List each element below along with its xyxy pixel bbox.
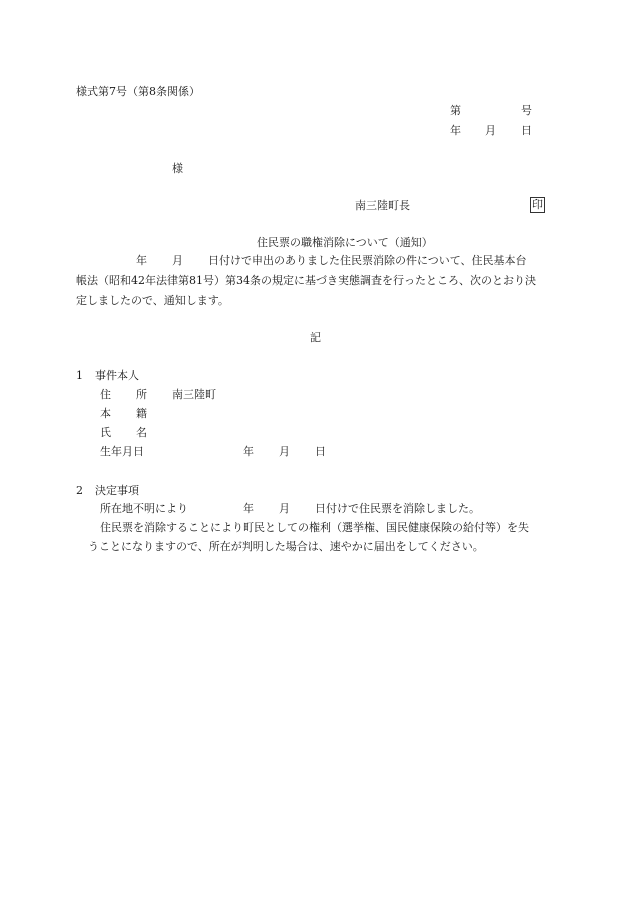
document-title: 住民票の職権消除について（通知） — [257, 237, 433, 248]
address-label-b: 所 — [136, 389, 147, 400]
sender-title: 南三陸町長 — [355, 200, 410, 211]
body-month: 月 — [172, 255, 183, 266]
section2-heading: 決定事項 — [95, 485, 139, 496]
address-label-a: 住 — [100, 389, 111, 400]
birth-year: 年 — [243, 446, 254, 457]
decision-month: 月 — [279, 503, 290, 514]
recipient-honorific: 様 — [172, 163, 183, 174]
decision-prefix: 所在地不明により — [100, 503, 188, 514]
date-year: 年 — [450, 125, 461, 136]
birthdate-label: 生年月日 — [100, 446, 144, 457]
domicile-label-a: 本 — [100, 408, 111, 419]
ki-heading: 記 — [310, 332, 321, 343]
seal-mark: 印 — [530, 197, 545, 213]
address-value: 南三陸町 — [172, 389, 216, 400]
name-label-a: 氏 — [100, 427, 111, 438]
section2-number: 2 — [76, 485, 83, 496]
domicile-label-b: 籍 — [136, 408, 147, 419]
date-month: 月 — [485, 125, 496, 136]
body-line2: 帳法（昭和42年法律第81号）第34条の規定に基づき実態調査を行ったところ、次の… — [76, 275, 536, 286]
birth-day: 日 — [315, 446, 326, 457]
date-day: 日 — [521, 125, 532, 136]
seal-stamp-icon: 印 — [530, 197, 545, 213]
form-label: 様式第7号（第8条関係） — [76, 86, 200, 97]
body-line1: 日付けで申出のありました住民票消除の件について、住民基本台 — [208, 255, 527, 266]
body-year: 年 — [136, 255, 147, 266]
number-suffix: 号 — [521, 105, 532, 116]
section1-number: 1 — [76, 370, 83, 381]
birth-month: 月 — [279, 446, 290, 457]
number-prefix: 第 — [450, 105, 461, 116]
decision-year: 年 — [243, 503, 254, 514]
body-line3: 定しましたので、通知します。 — [76, 295, 229, 306]
decision-line2: 住民票を消除することにより町民としての権利（選挙権、国民健康保険の給付等）を失 — [100, 522, 529, 533]
decision-suffix: 日付けで住民票を消除しました。 — [315, 503, 480, 514]
section1-heading: 事件本人 — [95, 370, 139, 381]
decision-line3: うことになりますので、所在が判明した場合は、速やかに届出をしてください。 — [88, 541, 484, 552]
name-label-b: 名 — [136, 427, 147, 438]
